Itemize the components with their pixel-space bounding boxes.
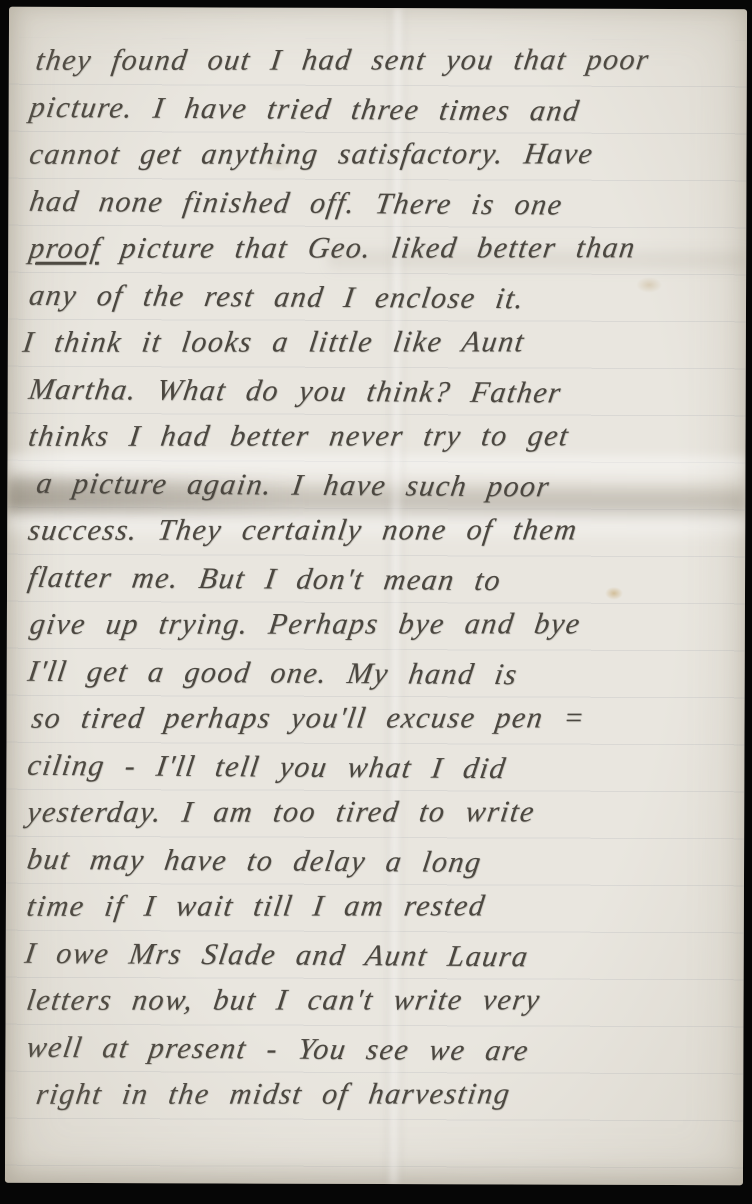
handwritten-line: any of the rest and I enclose it. <box>26 272 747 324</box>
handwritten-line: flatter me. But I don't mean to <box>25 554 747 606</box>
handwritten-line: I owe Mrs Slade and Aunt Laura <box>22 930 747 982</box>
scan-background: they found out I had sent you that poor … <box>0 0 752 1204</box>
handwritten-line: I think it looks a little like Aunt <box>20 318 747 366</box>
handwritten-line: so tired perhaps you'll excuse pen = <box>28 694 747 742</box>
handwritten-line: give up trying. Perhaps bye and bye <box>27 600 747 648</box>
handwritten-line: proof picture that Geo. liked better tha… <box>26 224 747 272</box>
handwritten-line: time if I wait till I am rested <box>24 882 747 930</box>
handwritten-line: letters now, but I can't write very <box>24 976 747 1024</box>
line-text: picture that Geo. liked better than <box>99 231 639 264</box>
handwritten-line: ciling - I'll tell you what I did <box>24 742 747 794</box>
handwritten-line: picture. I have tried three times and <box>27 84 747 136</box>
handwritten-line: yesterday. I am too tired to write <box>24 788 747 836</box>
handwritten-line: right in the midst of harvesting <box>33 1070 746 1118</box>
letter-text: they found out I had sent you that poor … <box>23 37 743 1120</box>
handwritten-line: a picture again. I have such poor <box>33 460 747 512</box>
handwritten-line: cannot get anything satisfactory. Have <box>26 130 747 178</box>
handwritten-line: they found out I had sent you that poor <box>33 36 747 84</box>
handwritten-line: success. They certainly none of them <box>25 506 747 554</box>
handwritten-line: thinks I had better never try to get <box>25 412 747 460</box>
underlined-word: proof <box>27 232 103 265</box>
handwritten-line: had none finished off. There is one <box>26 178 747 230</box>
handwritten-line: but may have to delay a long <box>24 836 747 888</box>
handwritten-line: well at present - You see we are <box>23 1024 746 1076</box>
letter-page: they found out I had sent you that poor … <box>5 7 747 1186</box>
handwritten-line: Martha. What do you think? Father <box>26 366 747 418</box>
handwritten-line: I'll get a good one. My hand is <box>25 648 747 700</box>
